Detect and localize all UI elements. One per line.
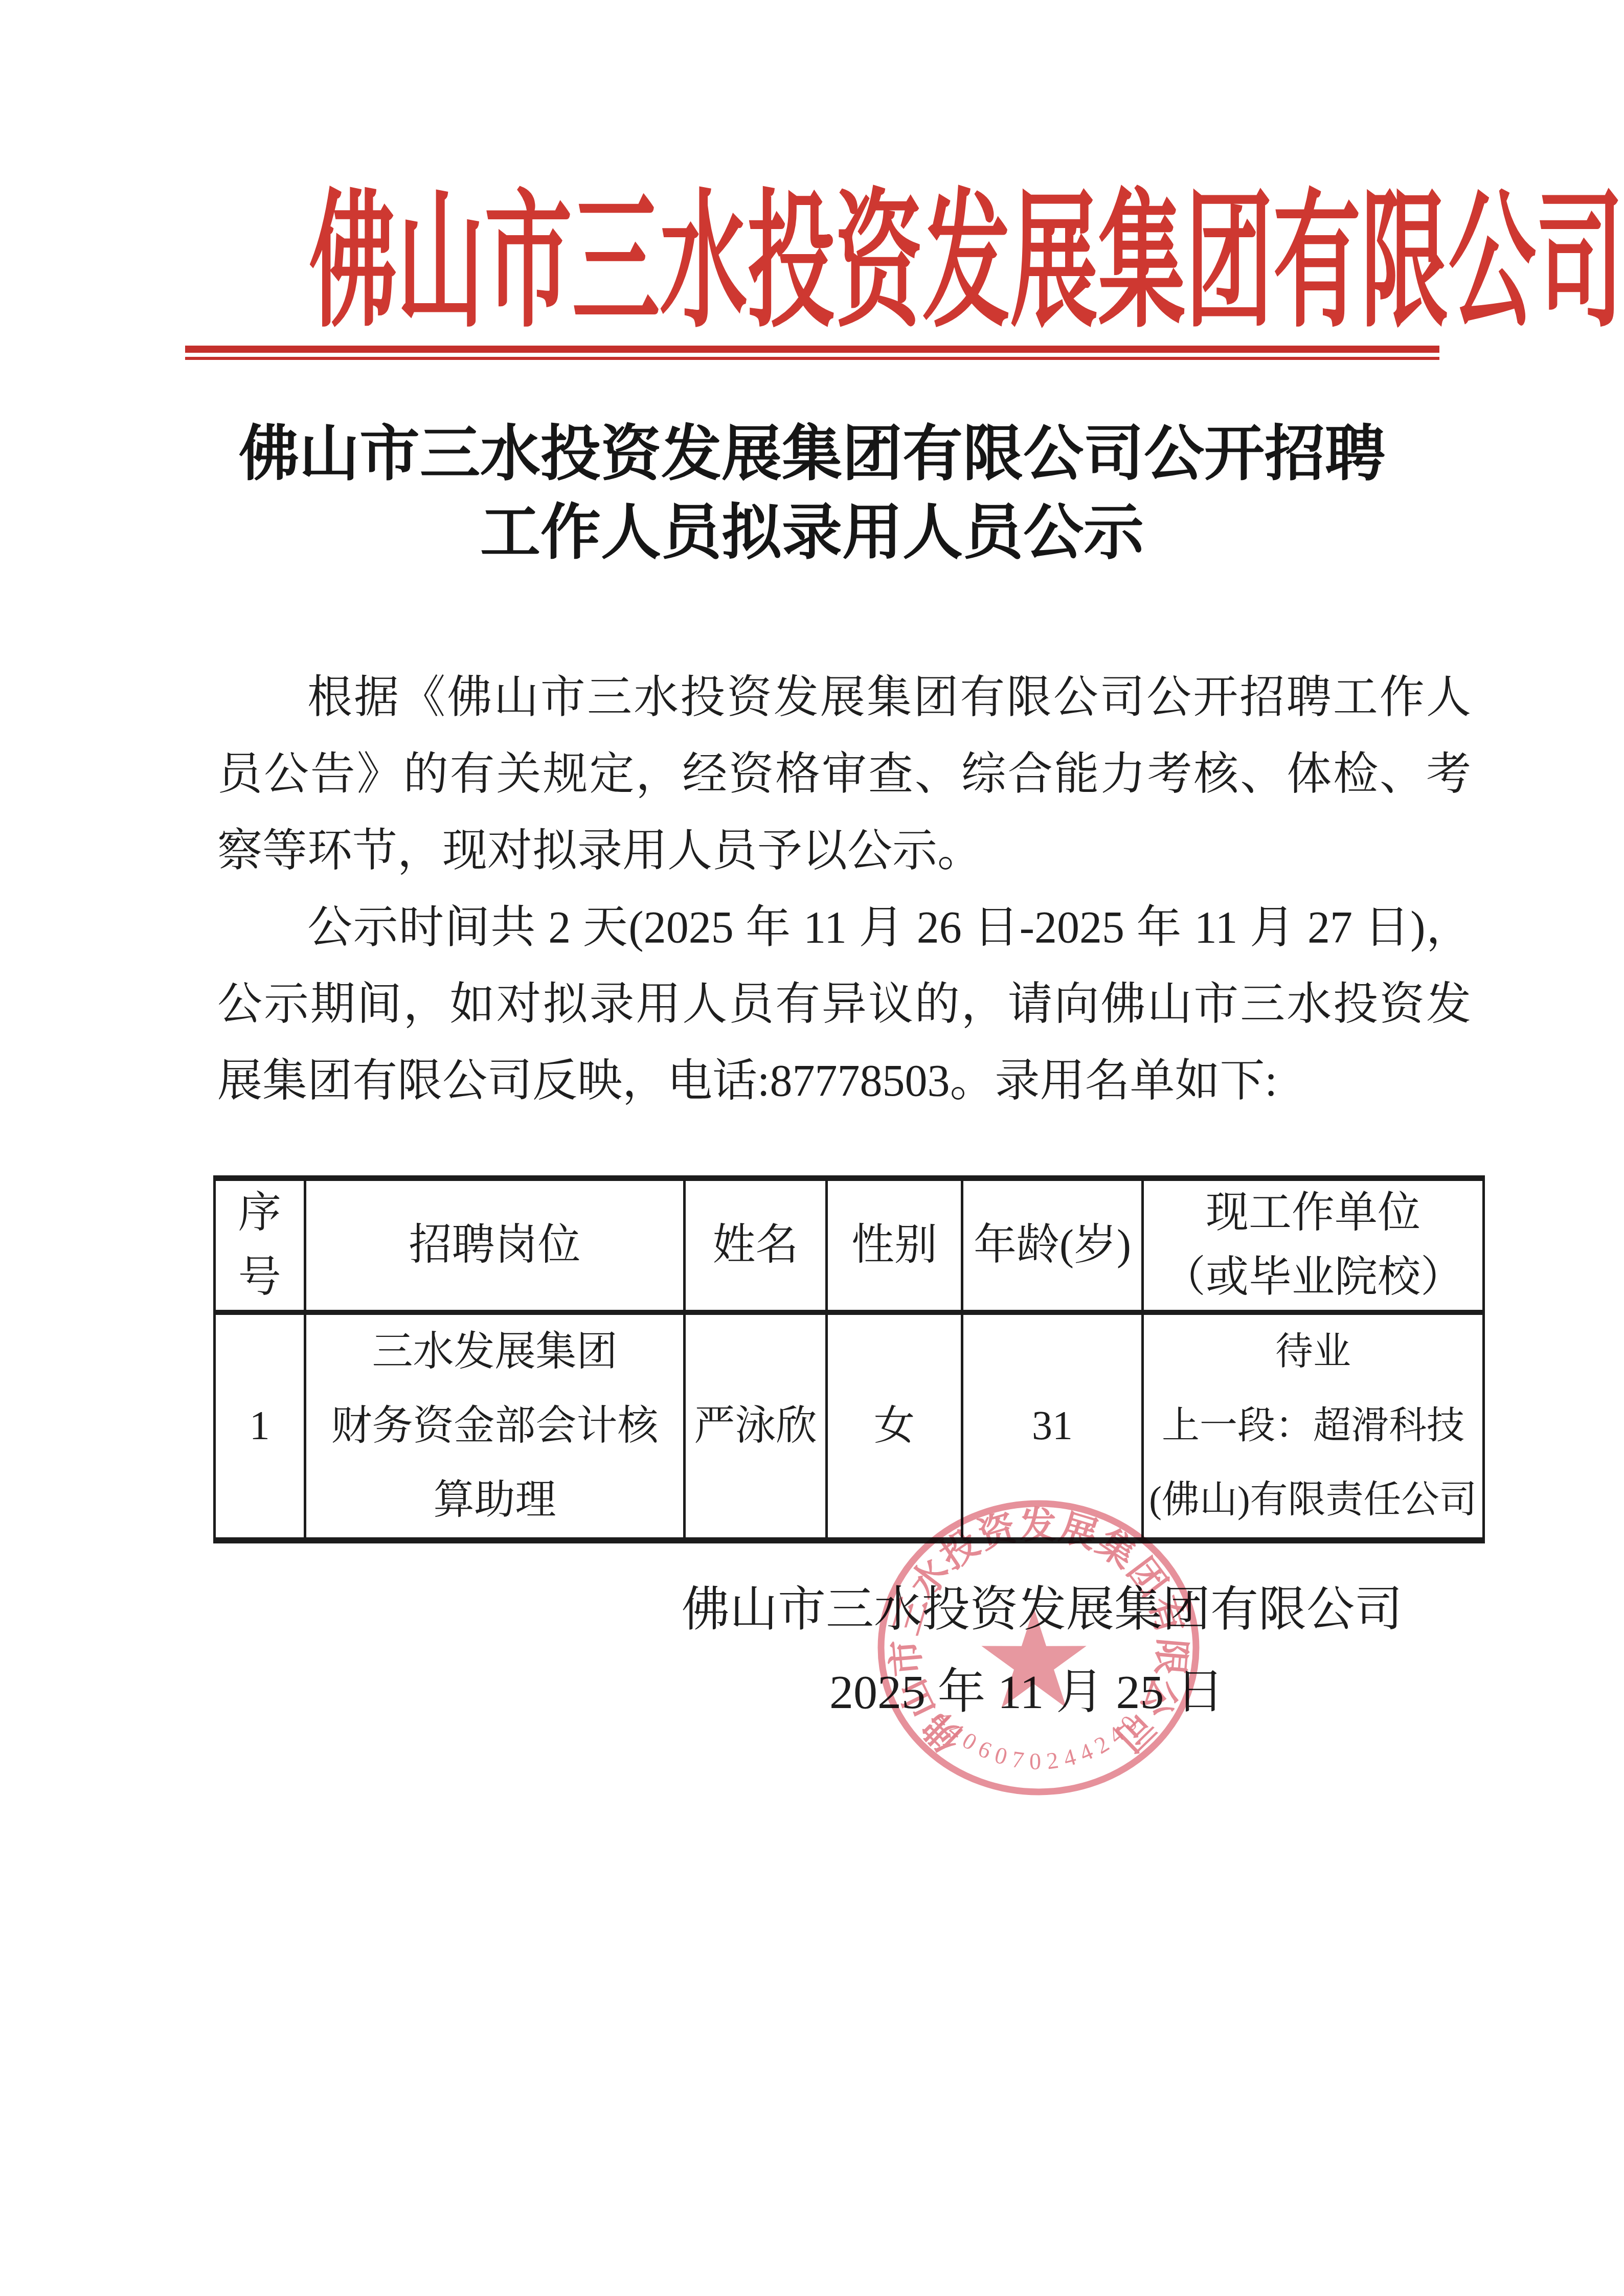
roster-table-wrap: 序号 招聘岗位 姓名 性别 年龄(岁) 现工作单位 （或毕业院校） 1 三水发展… bbox=[213, 1175, 1485, 1543]
svg-text:4406070244240: 4406070244240 bbox=[930, 1706, 1147, 1775]
header-name: 姓名 bbox=[685, 1178, 826, 1313]
letterhead-title: 佛山市三水投资发展集团有限公司 bbox=[0, 190, 1624, 336]
cell-unit-line1: 待业 bbox=[1149, 1315, 1477, 1389]
seal-serial-number: 4406070244240 bbox=[930, 1706, 1147, 1775]
cell-no: 1 bbox=[215, 1312, 305, 1540]
letterhead-rule-thin bbox=[185, 357, 1439, 360]
header-unit: 现工作单位 （或毕业院校） bbox=[1142, 1178, 1483, 1313]
seal-star-icon bbox=[981, 1608, 1086, 1708]
paragraph-publicity-period: 公示时间共 2 天(2025 年 11 月 26 日-2025 年 11 月 2… bbox=[217, 890, 1471, 1120]
body-text: 根据《佛山市三水投资发展集团有限公司公开招聘工作人员公告》的有关规定，经资格审查… bbox=[217, 660, 1471, 1120]
header-unit-line1: 现工作单位 bbox=[1149, 1181, 1477, 1245]
header-position: 招聘岗位 bbox=[305, 1178, 685, 1313]
header-age: 年龄(岁) bbox=[962, 1178, 1142, 1313]
cell-name: 严泳欣 bbox=[685, 1312, 826, 1540]
letterhead-title-text: 佛山市三水投资发展集团有限公司 bbox=[309, 179, 1623, 347]
document-title-line2: 工作人员拟录用人员公示 bbox=[0, 494, 1624, 573]
document-page: 佛山市三水投资发展集团有限公司 佛山市三水投资发展集团有限公司公开招聘 工作人员… bbox=[0, 0, 1624, 2296]
table-header-row: 序号 招聘岗位 姓名 性别 年龄(岁) 现工作单位 （或毕业院校） bbox=[215, 1178, 1484, 1313]
cell-position-line2: 财务资金部会计核算助理 bbox=[311, 1389, 679, 1537]
letterhead-rule-thick bbox=[185, 346, 1439, 353]
cell-position-line1: 三水发展集团 bbox=[311, 1315, 679, 1389]
header-unit-line2: （或毕业院校） bbox=[1149, 1245, 1477, 1310]
header-no: 序号 bbox=[215, 1178, 305, 1313]
roster-table: 序号 招聘岗位 姓名 性别 年龄(岁) 现工作单位 （或毕业院校） 1 三水发展… bbox=[213, 1175, 1485, 1543]
header-gender: 性别 bbox=[826, 1178, 962, 1313]
official-seal: 佛山市三水投资发展集团有限公司 4406070244240 bbox=[875, 1498, 1209, 1797]
cell-position: 三水发展集团 财务资金部会计核算助理 bbox=[305, 1312, 685, 1540]
table-row: 1 三水发展集团 财务资金部会计核算助理 严泳欣 女 31 待业 上一段：超滑科… bbox=[215, 1312, 1484, 1540]
document-title-line1: 佛山市三水投资发展集团有限公司公开招聘 bbox=[0, 415, 1624, 494]
paragraph-basis: 根据《佛山市三水投资发展集团有限公司公开招聘工作人员公告》的有关规定，经资格审查… bbox=[217, 660, 1471, 890]
document-title: 佛山市三水投资发展集团有限公司公开招聘 工作人员拟录用人员公示 bbox=[0, 415, 1624, 573]
